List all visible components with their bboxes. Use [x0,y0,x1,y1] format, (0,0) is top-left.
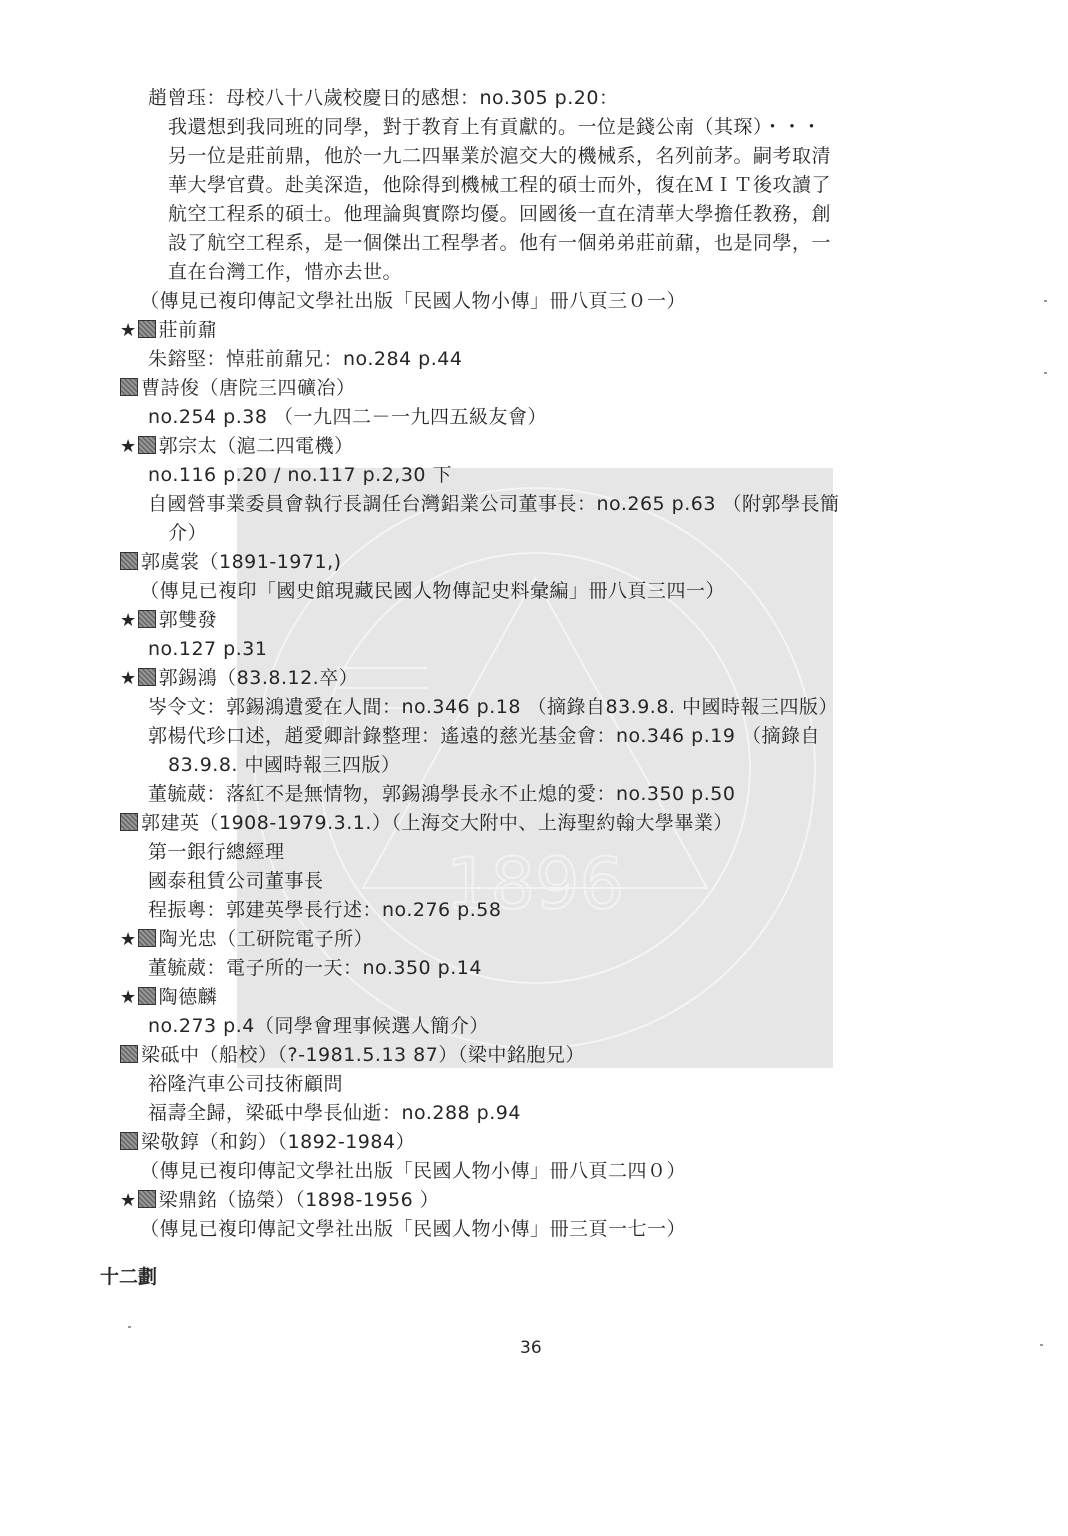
line-text: 趙曾珏：母校八十八歲校慶日的感想：no.305 p.20： [148,87,618,109]
text-line: 國泰租賃公司董事長 [148,869,324,893]
seal-stamp-icon [120,552,138,570]
line-text: 我還想到我同班的同學，對于教育上有貢獻的。一位是錢公南（其琛）・・・ [168,116,822,138]
line-text: 另一位是莊前鼎，他於一九二四畢業於滬交大的機械系，名列前茅。嗣考取清 [168,145,831,167]
text-line: 董毓葳：落紅不是無情物，郭錫鴻學長永不止熄的愛：no.350 p.50 [148,782,735,806]
entry-heading: ★梁鼎銘（協榮）（1898-1956 ） [120,1188,439,1213]
text-line: 福壽全歸，梁砥中學長仙逝：no.288 p.94 [148,1101,521,1125]
seal-stamp-icon [138,436,156,454]
star-icon: ★ [120,436,137,457]
text-line: 朱鎔堅：悼莊前鼐兄：no.284 p.44 [148,347,462,371]
line-text: （傳見已複印傳記文學社出版「民國人物小傳」冊八頁三０一） [140,290,686,312]
entry-heading: 梁敬錞（和鈞）（1892-1984） [120,1130,415,1154]
line-text: no.116 p.20 / no.117 p.2,30 下 [148,464,452,486]
entry-heading: 曹詩俊（唐院三四礦冶） [120,376,356,400]
seal-stamp-icon [138,668,156,686]
line-text: 介） [168,522,207,544]
entry-heading: ★陶光忠（工研院電子所） [120,927,373,952]
text-line: 郭楊代珍口述，趙愛卿計錄整理：遙遠的慈光基金會：no.346 p.19 （摘錄自 [148,724,820,748]
text-line: （傳見已複印傳記文學社出版「民國人物小傳」冊三頁一七一） [140,1217,686,1241]
text-line: 第一銀行總經理 [148,840,285,864]
line-text: 83.9.8. 中國時報三四版） [168,754,401,776]
seal-stamp-icon [138,320,156,338]
entry-heading: ★莊前鼐 [120,318,217,343]
line-text: 國泰租賃公司董事長 [148,870,324,892]
star-icon: ★ [120,1190,137,1211]
text-line: 航空工程系的碩士。他理論與實際均優。回國後一直在清華大學擔任教務，創 [168,202,831,226]
line-text: 第一銀行總經理 [148,841,285,863]
entry-heading: ★郭宗太（滬二四電機） [120,434,354,459]
text-line: 趙曾珏：母校八十八歲校慶日的感想：no.305 p.20： [148,86,618,110]
text-line: no.116 p.20 / no.117 p.2,30 下 [148,463,452,487]
line-text: 陶德麟 [159,986,218,1008]
document-page: 趙曾珏：母校八十八歲校慶日的感想：no.305 p.20：我還想到我同班的同學，… [0,0,1068,1536]
entry-heading: 郭建英（1908-1979.3.1.）（上海交大附中、上海聖約翰大學畢業） [120,811,733,835]
text-line: 自國營事業委員會執行長調任台灣鋁業公司董事長：no.265 p.63 （附郭學長… [148,492,840,516]
star-icon: ★ [120,929,137,950]
text-line: 董毓葳：電子所的一天：no.350 p.14 [148,956,482,980]
text-line: 83.9.8. 中國時報三四版） [168,753,401,777]
entry-heading: ★陶德麟 [120,985,217,1010]
star-icon: ★ [120,668,137,689]
text-line: 華大學官費。赴美深造，他除得到機械工程的碩士而外，復在ＭＩＴ後攻讀了 [168,173,831,197]
line-text: 陶光忠（工研院電子所） [159,928,374,950]
line-text: 梁敬錞（和鈞）（1892-1984） [141,1131,415,1153]
line-text: 自國營事業委員會執行長調任台灣鋁業公司董事長：no.265 p.63 （附郭學長… [148,493,840,515]
text-line: 介） [168,521,207,545]
seal-stamp-icon [138,987,156,1005]
line-text: 直在台灣工作，惜亦去世。 [168,261,402,283]
line-text: no.127 p.31 [148,638,267,660]
line-text: 朱鎔堅：悼莊前鼐兄：no.284 p.44 [148,348,462,370]
text-line: （傳見已複印傳記文學社出版「民國人物小傳」冊八頁二四０） [140,1159,686,1183]
line-text: 梁砥中（船校）（?-1981.5.13 87）（梁中銘胞兄） [141,1044,585,1066]
entry-heading: ★郭雙發 [120,608,217,633]
seal-stamp-icon [138,929,156,947]
line-text: 華大學官費。赴美深造，他除得到機械工程的碩士而外，復在ＭＩＴ後攻讀了 [168,174,831,196]
seal-stamp-icon [120,378,138,396]
entry-heading: ★郭錫鴻（83.8.12.卒） [120,666,358,691]
line-text: 郭錫鴻（83.8.12.卒） [159,667,359,689]
line-text: no.254 p.38 （一九四二－一九四五級友會） [148,406,547,428]
entry-heading: 郭虞裳（1891-1971,) [120,550,342,574]
star-icon: ★ [120,610,137,631]
text-line: 設了航空工程系，是一個傑出工程學者。他有一個弟弟莊前鼐，也是同學，一 [168,231,831,255]
text-line: no.254 p.38 （一九四二－一九四五級友會） [148,405,547,429]
entry-heading: 梁砥中（船校）（?-1981.5.13 87）（梁中銘胞兄） [120,1043,585,1067]
line-text: 董毓葳：落紅不是無情物，郭錫鴻學長永不止熄的愛：no.350 p.50 [148,783,735,805]
line-text: 郭虞裳（1891-1971,) [141,551,342,573]
text-line: 直在台灣工作，惜亦去世。 [168,260,402,284]
line-text: （傳見已複印「國史館現藏民國人物傳記史料彙編」冊八頁三四一） [140,580,725,602]
text-line: no.273 p.4（同學會理事候選人簡介） [148,1014,489,1038]
line-text: 福壽全歸，梁砥中學長仙逝：no.288 p.94 [148,1102,521,1124]
line-text: 梁鼎銘（協榮）（1898-1956 ） [159,1189,440,1211]
text-line: 我還想到我同班的同學，對于教育上有貢獻的。一位是錢公南（其琛）・・・ [168,115,822,139]
text-line: 岑令文：郭錫鴻遺愛在人間：no.346 p.18 （摘錄自83.9.8. 中國時… [148,695,838,719]
line-text: 董毓葳：電子所的一天：no.350 p.14 [148,957,482,979]
seal-stamp-icon [120,813,138,831]
line-text: 岑令文：郭錫鴻遺愛在人間：no.346 p.18 （摘錄自83.9.8. 中國時… [148,696,838,718]
star-icon: ★ [120,320,137,341]
line-text: 設了航空工程系，是一個傑出工程學者。他有一個弟弟莊前鼐，也是同學，一 [168,232,831,254]
seal-stamp-icon [138,1190,156,1208]
text-line: 程振粵：郭建英學長行述：no.276 p.58 [148,898,501,922]
line-text: （傳見已複印傳記文學社出版「民國人物小傳」冊八頁二四０） [140,1160,686,1182]
star-icon: ★ [120,987,137,1008]
line-text: no.273 p.4（同學會理事候選人簡介） [148,1015,489,1037]
text-line: （傳見已複印傳記文學社出版「民國人物小傳」冊八頁三０一） [140,289,686,313]
line-text: （傳見已複印傳記文學社出版「民國人物小傳」冊三頁一七一） [140,1218,686,1240]
seal-stamp-icon [120,1132,138,1150]
line-text: 航空工程系的碩士。他理論與實際均優。回國後一直在清華大學擔任教務，創 [168,203,831,225]
text-line: no.127 p.31 [148,637,267,661]
seal-stamp-icon [138,610,156,628]
line-text: 程振粵：郭建英學長行述：no.276 p.58 [148,899,501,921]
line-text: 郭雙發 [159,609,218,631]
seal-stamp-icon [120,1045,138,1063]
line-text: 裕隆汽車公司技術顧問 [148,1073,343,1095]
text-line: （傳見已複印「國史館現藏民國人物傳記史料彙編」冊八頁三四一） [140,579,725,603]
line-text: 郭楊代珍口述，趙愛卿計錄整理：遙遠的慈光基金會：no.346 p.19 （摘錄自 [148,725,820,747]
line-text: 曹詩俊（唐院三四礦冶） [141,377,356,399]
line-text: 郭建英（1908-1979.3.1.）（上海交大附中、上海聖約翰大學畢業） [141,812,733,834]
line-text: 莊前鼐 [159,319,218,341]
text-line: 另一位是莊前鼎，他於一九二四畢業於滬交大的機械系，名列前茅。嗣考取清 [168,144,831,168]
text-line: 裕隆汽車公司技術顧問 [148,1072,343,1096]
line-text: 郭宗太（滬二四電機） [159,435,354,457]
